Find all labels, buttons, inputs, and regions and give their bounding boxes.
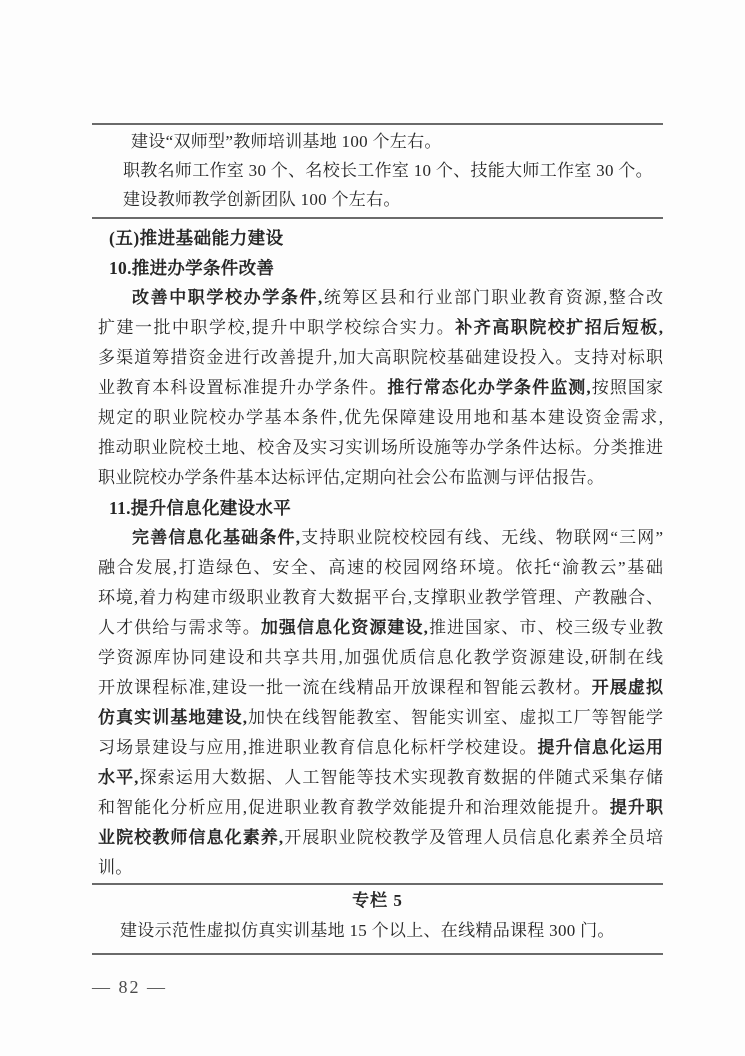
text-segment: 多渠道筹措资金进行改善提升,加大高职院校基础建设投入。支持对标职	[98, 348, 663, 367]
text-segment: 融合发展,打造绿色、安全、高速的校园网络环境。依托“渝教云”基础	[98, 558, 663, 577]
text-line: 习场景建设与应用,推进职业教育信息化标杆学校建设。提升信息化运用	[98, 733, 663, 763]
text-segment: 统筹区县和行业部门职业教育资源,整合改	[322, 288, 663, 307]
text-line: 规定的职业院校办学基本条件,优先保障建设用地和基本建设资金需求,	[98, 403, 663, 433]
section-heading: (五)推进基础能力建设	[92, 223, 663, 253]
subsection-heading-11: 11.提升信息化建设水平	[92, 493, 663, 523]
text-segment: 业教育本科设置标准提升办学条件。	[98, 378, 387, 397]
text-line: 和智能化分析应用,促进职业教育教学效能提升和治理效能提升。提升职	[98, 793, 663, 823]
text-line: 训。	[98, 853, 663, 883]
bold-text-segment: 提升职	[610, 798, 663, 817]
carryover-summary-box: 建设“双师型”教师培训基地 100 个左右。职教名师工作室 30 个、名校长工作…	[92, 123, 663, 219]
text-line: 多渠道筹措资金进行改善提升,加大高职院校基础建设投入。支持对标职	[98, 343, 663, 373]
column-5-box: 专栏 5 建设示范性虚拟仿真实训基地 15 个以上、在线精品课程 300 门。	[92, 883, 663, 955]
text-line: 学资源库协同建设和共享共用,加强优质信息化教学资源建设,研制在线	[98, 643, 663, 673]
text-segment: 人才供给与需求等。	[98, 618, 261, 637]
table-row: 职教名师工作室 30 个、名校长工作室 10 个、技能大师工作室 30 个。	[92, 156, 663, 185]
text-segment: 加快在线智能教室、智能实训室、虚拟工厂等智能学	[247, 708, 663, 727]
bold-text-segment: 仿真实训基地建设,	[98, 708, 247, 727]
text-segment: 支持职业院校校园有线、无线、物联网“三网”	[300, 528, 663, 547]
text-segment: 习场景建设与应用,推进职业教育信息化标杆学校建设。	[98, 738, 537, 757]
bold-text-segment: 推行常态化办学条件监测,	[387, 378, 590, 397]
text-segment: 推动职业院校土地、校舍及实习实训场所设施等办学条件达标。分类推进	[98, 438, 663, 457]
bold-text-segment: 加强信息化资源建设,	[261, 618, 428, 637]
text-segment: 职业院校办学条件基本达标评估,定期向社会公布监测与评估报告。	[98, 468, 604, 487]
bold-text-segment: 业院校教师信息化素养,	[98, 828, 283, 847]
column-box-content: 建设示范性虚拟仿真实训基地 15 个以上、在线精品课程 300 门。	[92, 915, 663, 947]
text-line: 改善中职学校办学条件,统筹区县和行业部门职业教育资源,整合改	[98, 283, 663, 313]
text-segment: 规定的职业院校办学基本条件,优先保障建设用地和基本建设资金需求,	[98, 408, 663, 427]
text-line: 业院校教师信息化素养,开展职业院校教学及管理人员信息化素养全员培	[98, 823, 663, 853]
text-line: 水平,探索运用大数据、人工智能等技术实现教育数据的伴随式采集存储	[98, 763, 663, 793]
page-number: — 82 —	[92, 976, 167, 998]
text-line: 环境,着力构建市级职业教育大数据平台,支撑职业教学管理、产教融合、	[98, 583, 663, 613]
text-line: 人才供给与需求等。加强信息化资源建设,推进国家、市、校三级专业教	[98, 613, 663, 643]
text-segment: 探索运用大数据、人工智能等技术实现教育数据的伴随式采集存储	[138, 768, 663, 787]
text-line: 扩建一批中职学校,提升中职学校综合实力。补齐高职院校扩招后短板,	[98, 313, 663, 343]
text-line: 职业院校办学条件基本达标评估,定期向社会公布监测与评估报告。	[98, 463, 663, 493]
text-line: 推动职业院校土地、校舍及实习实训场所设施等办学条件达标。分类推进	[98, 433, 663, 463]
bold-text-segment: 水平,	[98, 768, 138, 787]
text-line: 融合发展,打造绿色、安全、高速的校园网络环境。依托“渝教云”基础	[98, 553, 663, 583]
paragraph-11: 完善信息化基础条件,支持职业院校校园有线、无线、物联网“三网”融合发展,打造绿色…	[92, 523, 663, 883]
text-segment: 学资源库协同建设和共享共用,加强优质信息化教学资源建设,研制在线	[98, 648, 663, 667]
table-row: 建设“双师型”教师培训基地 100 个左右。	[92, 127, 663, 156]
bold-text-segment: 提升信息化运用	[537, 738, 663, 757]
bold-text-segment: 补齐高职院校扩招后短板,	[455, 318, 663, 337]
text-segment: 开放课程标准,建设一批一流在线精品开放课程和智能云教材。	[98, 678, 592, 697]
text-segment: 开展职业院校教学及管理人员信息化素养全员培	[283, 828, 663, 847]
text-segment: 按照国家	[591, 378, 663, 397]
table-row: 建设教师教学创新团队 100 个左右。	[92, 185, 663, 214]
bold-text-segment: 完善信息化基础条件,	[132, 528, 300, 547]
page-content: 建设“双师型”教师培训基地 100 个左右。职教名师工作室 30 个、名校长工作…	[92, 123, 663, 955]
document-page: 建设“双师型”教师培训基地 100 个左右。职教名师工作室 30 个、名校长工作…	[0, 0, 745, 1056]
text-line: 开放课程标准,建设一批一流在线精品开放课程和智能云教材。开展虚拟	[98, 673, 663, 703]
bold-text-segment: 开展虚拟	[592, 678, 663, 697]
text-segment: 环境,着力构建市级职业教育大数据平台,支撑职业教学管理、产教融合、	[98, 588, 663, 607]
column-box-title: 专栏 5	[92, 887, 663, 915]
text-line: 业教育本科设置标准提升办学条件。推行常态化办学条件监测,按照国家	[98, 373, 663, 403]
text-segment: 训。	[98, 858, 133, 877]
paragraph-10: 改善中职学校办学条件,统筹区县和行业部门职业教育资源,整合改扩建一批中职学校,提…	[92, 283, 663, 493]
text-segment: 推进国家、市、校三级专业教	[428, 618, 663, 637]
bold-text-segment: 改善中职学校办学条件,	[132, 288, 322, 307]
text-line: 仿真实训基地建设,加快在线智能教室、智能实训室、虚拟工厂等智能学	[98, 703, 663, 733]
text-segment: 扩建一批中职学校,提升中职学校综合实力。	[98, 318, 455, 337]
text-segment: 和智能化分析应用,促进职业教育教学效能提升和治理效能提升。	[98, 798, 610, 817]
subsection-heading-10: 10.推进办学条件改善	[92, 253, 663, 283]
text-line: 完善信息化基础条件,支持职业院校校园有线、无线、物联网“三网”	[98, 523, 663, 553]
